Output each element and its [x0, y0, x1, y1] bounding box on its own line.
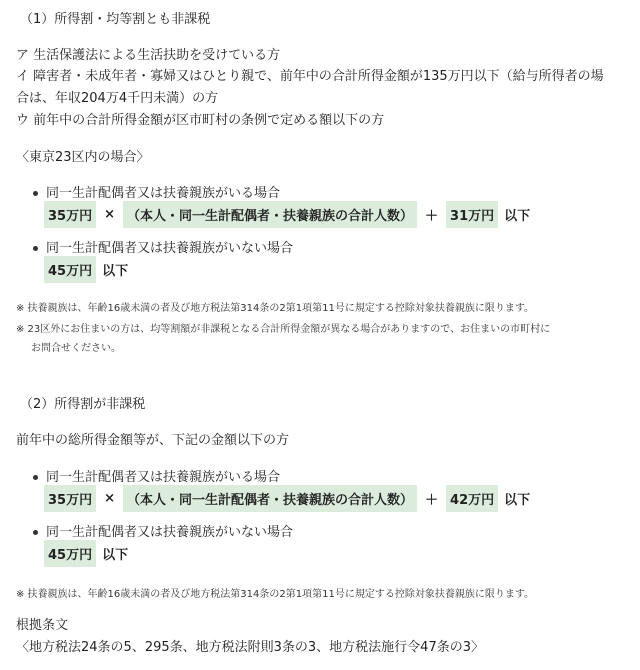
- s2-case-without-label: 同一生計配偶者又は扶養親族がいない場合: [46, 521, 293, 540]
- bullet-icon: [33, 530, 38, 535]
- basis-text: 〈地方税法24条の5、295条、地方税法附則3条の3、地方税法施行令47条の3〉: [16, 636, 484, 655]
- s2-case-with-label: 同一生計配偶者又は扶養親族がいる場合: [46, 466, 280, 485]
- household-count: （本人・同一生計配偶者・扶養親族の合計人数）: [123, 485, 417, 512]
- base-amount: 35万円: [44, 201, 96, 228]
- add-amount: 42万円: [446, 485, 498, 512]
- suffix: 以下: [498, 489, 530, 508]
- section2-intro: 前年中の総所得金額等が、下記の金額以下の方: [16, 429, 289, 448]
- s2-formula-without: 45万円 以下: [44, 540, 128, 567]
- amount: 45万円: [44, 256, 96, 283]
- basis-title: 根拠条文: [16, 614, 68, 633]
- suffix: 以下: [96, 260, 128, 279]
- s2-formula-with: 35万円 × （本人・同一生計配偶者・扶養親族の合計人数） ＋ 42万円 以下: [44, 485, 530, 512]
- s1-note-2-cont: お問合せください。: [31, 339, 121, 354]
- s1-formula-without: 45万円 以下: [44, 256, 128, 283]
- plus-operator: ＋: [417, 205, 446, 224]
- base-amount: 35万円: [44, 485, 96, 512]
- bullet-icon: [33, 246, 38, 251]
- s1-note-1: ※ 扶養親族は、年齢16歳未満の者及び地方税法第314条の2第1項第11号に規定…: [16, 299, 534, 314]
- plus-operator: ＋: [417, 489, 446, 508]
- tax-exemption-document: （1）所得割・均等割とも非課税 ア 生活保護法による生活扶助を受けている方 イ …: [0, 0, 640, 670]
- times-operator: ×: [96, 491, 123, 506]
- suffix: 以下: [96, 544, 128, 563]
- amount: 45万円: [44, 540, 96, 567]
- s1-note-2: ※ 23区外にお住まいの方は、均等割額が非課税となる合計所得金額が異なる場合があ…: [16, 320, 550, 335]
- add-amount: 31万円: [446, 201, 498, 228]
- section1-item-u: ウ 前年中の合計所得金額が区市町村の条例で定める額以下の方: [16, 109, 384, 128]
- s2-note: ※ 扶養親族は、年齢16歳未満の者及び地方税法第314条の2第1項第11号に規定…: [16, 585, 534, 600]
- section2-heading: （2）所得割が非課税: [20, 393, 145, 412]
- bullet-icon: [33, 475, 38, 480]
- section1-item-i-cont: 合は、年収204万4千円未満）の方: [16, 87, 218, 106]
- suffix: 以下: [498, 205, 530, 224]
- section1-item-a: ア 生活保護法による生活扶助を受けている方: [16, 44, 280, 63]
- times-operator: ×: [96, 207, 123, 222]
- tokyo-label: 〈東京23区内の場合〉: [16, 146, 150, 165]
- s1-case-with-label: 同一生計配偶者又は扶養親族がいる場合: [46, 182, 280, 201]
- s1-formula-with: 35万円 × （本人・同一生計配偶者・扶養親族の合計人数） ＋ 31万円 以下: [44, 201, 530, 228]
- s1-case-without-label: 同一生計配偶者又は扶養親族がいない場合: [46, 237, 293, 256]
- section1-item-i: イ 障害者・未成年者・寡婦又はひとり親で、前年中の合計所得金額が135万円以下（…: [16, 65, 604, 84]
- bullet-icon: [33, 191, 38, 196]
- household-count: （本人・同一生計配偶者・扶養親族の合計人数）: [123, 201, 417, 228]
- section1-heading: （1）所得割・均等割とも非課税: [20, 8, 210, 27]
